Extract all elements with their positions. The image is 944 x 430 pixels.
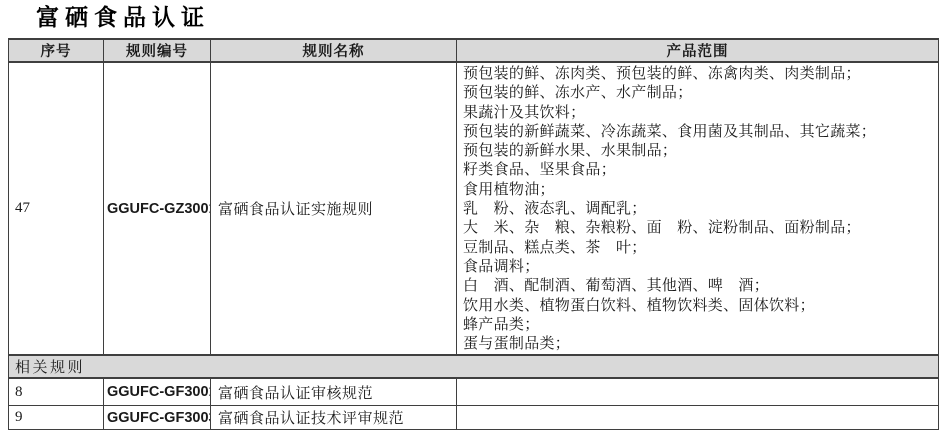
cell-rule-code: GGUFC-GF3003 <box>104 405 211 430</box>
cell-product-scope <box>457 378 939 405</box>
related-rule-row: 9 GGUFC-GF3003 富硒食品认证技术评审规范 <box>9 405 939 430</box>
cell-product-scope <box>457 405 939 430</box>
related-rule-row: 8 GGUFC-GF3001 富硒食品认证审核规范 <box>9 378 939 405</box>
related-rules-section-label: 相关规则 <box>9 355 939 378</box>
header-cell-rule-name: 规则名称 <box>211 39 457 62</box>
scope-line: 蛋与蛋制品类； <box>463 335 934 354</box>
table-header: 序号 规则编号 规则名称 产品范围 <box>9 39 939 62</box>
scope-line: 预包装的新鲜蔬菜、冷冻蔬菜、食用菌及其制品、其它蔬菜； <box>463 123 934 142</box>
cell-seq-number: 9 <box>9 405 104 430</box>
scope-line: 预包装的鲜、冻水产、水产制品； <box>463 84 934 103</box>
scope-line: 果蔬汁及其饮料； <box>463 104 934 123</box>
cell-rule-code: GGUFC-GZ3001 <box>104 62 211 355</box>
scope-line: 大 米、杂 粮、杂粮粉、面 粉、淀粉制品、面粉制品； <box>463 219 934 238</box>
header-cell-seq: 序号 <box>9 39 104 62</box>
scope-line: 豆制品、糕点类、茶 叶； <box>463 239 934 258</box>
cell-seq-number: 8 <box>9 378 104 405</box>
main-rule-row: 47 GGUFC-GZ3001 富硒食品认证实施规则 预包装的鲜、冻肉类、预包装… <box>9 62 939 355</box>
header-cell-product-scope: 产品范围 <box>457 39 939 62</box>
scope-line: 饮用水类、植物蛋白饮料、植物饮料类、固体饮料； <box>463 297 934 316</box>
cell-product-scope: 预包装的鲜、冻肉类、预包装的鲜、冻禽肉类、肉类制品； 预包装的鲜、冻水产、水产制… <box>457 62 939 355</box>
scope-line: 预包装的鲜、冻肉类、预包装的鲜、冻禽肉类、肉类制品； <box>463 65 934 84</box>
scope-line: 预包装的新鲜水果、水果制品； <box>463 142 934 161</box>
related-rules-section-row: 相关规则 <box>9 355 939 378</box>
table-header-row: 序号 规则编号 规则名称 产品范围 <box>9 39 939 62</box>
scope-line: 白 酒、配制酒、葡萄酒、其他酒、啤 酒； <box>463 277 934 296</box>
cell-rule-name: 富硒食品认证实施规则 <box>211 62 457 355</box>
page-title: 富硒食品认证 <box>36 3 944 31</box>
scope-line: 乳 粉、液态乳、调配乳； <box>463 200 934 219</box>
scope-line: 蜂产品类； <box>463 316 934 335</box>
cell-rule-name: 富硒食品认证审核规范 <box>211 378 457 405</box>
cell-seq-number: 47 <box>9 62 104 355</box>
scope-line: 食品调料； <box>463 258 934 277</box>
certification-rules-table: 序号 规则编号 规则名称 产品范围 47 GGUFC-GZ3001 富硒食品认证… <box>8 38 939 430</box>
cell-rule-name: 富硒食品认证技术评审规范 <box>211 405 457 430</box>
scope-line: 食用植物油； <box>463 181 934 200</box>
scope-line: 籽类食品、坚果食品； <box>463 161 934 180</box>
cell-rule-code: GGUFC-GF3001 <box>104 378 211 405</box>
header-cell-rule-code: 规则编号 <box>104 39 211 62</box>
